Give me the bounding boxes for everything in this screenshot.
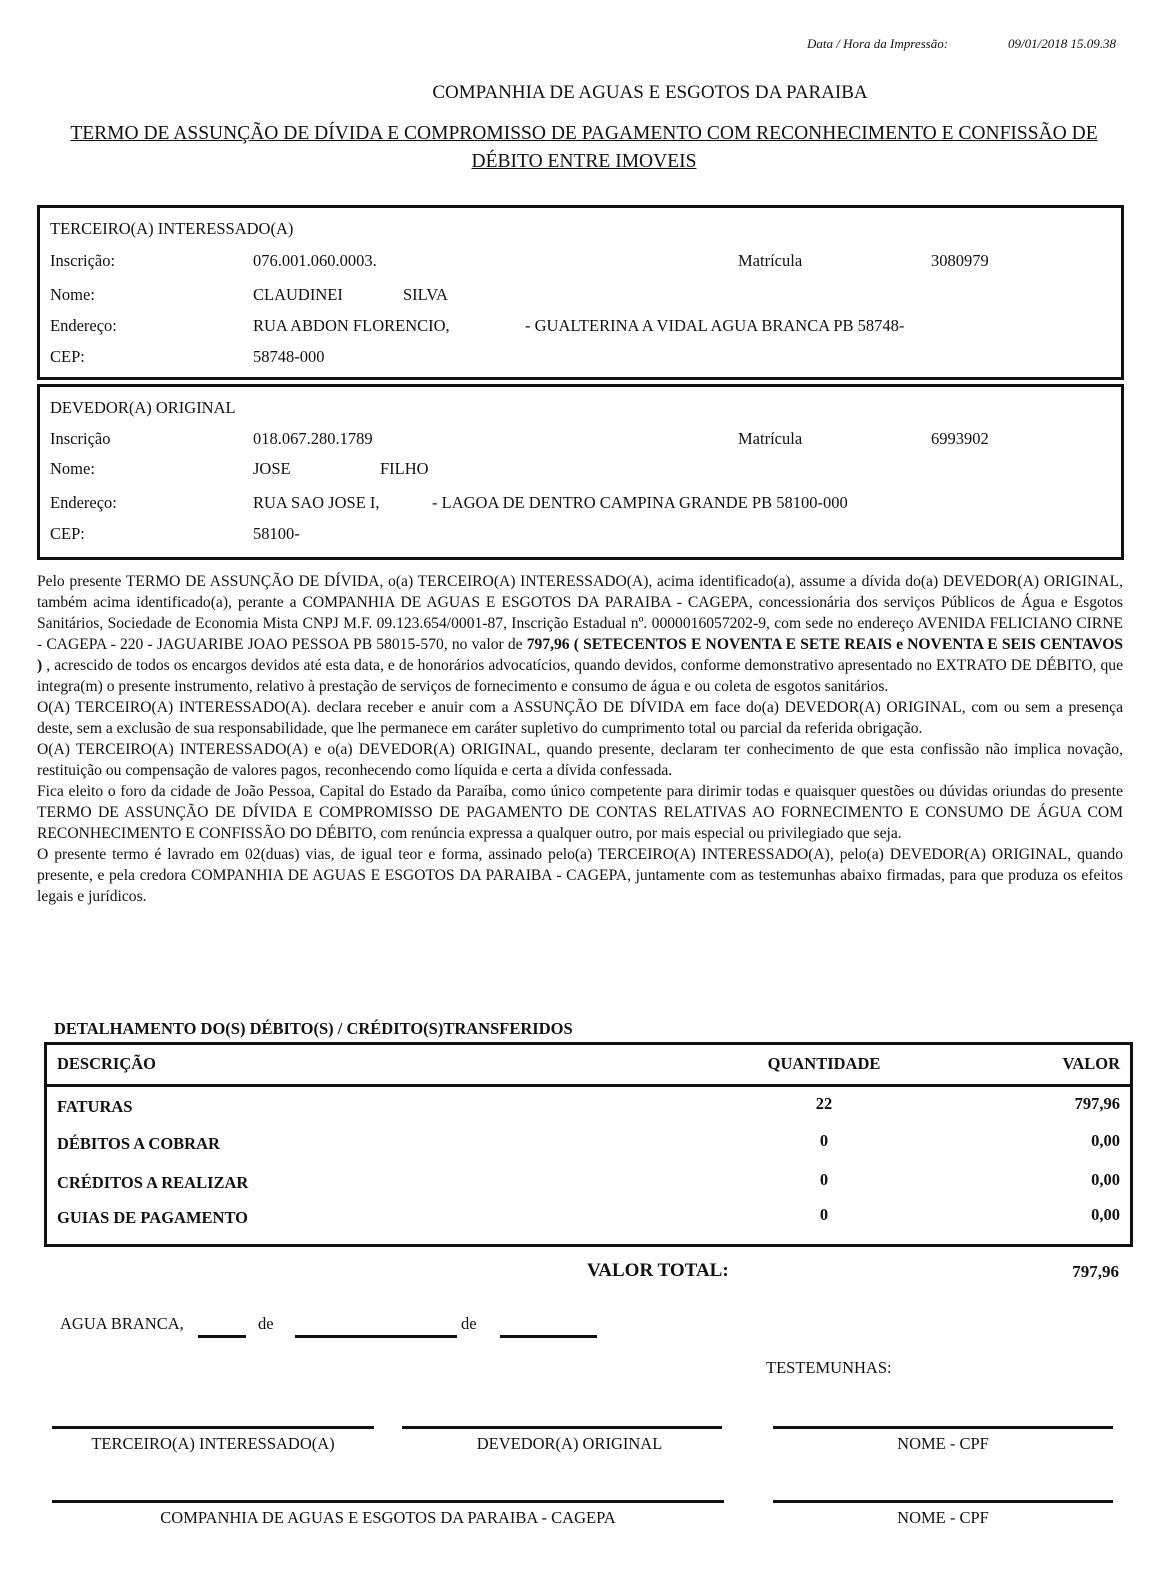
matricula-label: Matrícula [738,251,802,271]
devedor-inscricao-row: Inscrição 018.067.280.1789 Matrícula 699… [50,429,1110,451]
paragraph-2: O(A) TERCEIRO(A) INTERESSADO(A). declara… [37,697,1123,739]
de-1: de [258,1314,274,1334]
inscricao-label: Inscrição: [50,251,115,271]
total-value: 797,96 [1072,1262,1119,1282]
terceiro-inscricao-row: Inscrição: 076.001.060.0003. Matrícula 3… [50,251,1110,273]
nome-label: Nome: [50,285,95,305]
devedor-box: DEVEDOR(A) ORIGINAL Inscrição 018.067.28… [37,384,1124,560]
row-desc: CRÉDITOS A REALIZAR [57,1173,248,1193]
table-row: GUIAS DE PAGAMENTO 0 0,00 [47,1199,1130,1229]
de-2: de [461,1314,477,1334]
witness2-signature-label: NOME - CPF [773,1508,1113,1528]
row-val: 797,96 [1075,1094,1120,1114]
row-val: 0,00 [1091,1205,1120,1225]
nome-first: CLAUDINEI [253,285,343,305]
witnesses-label: TESTEMUNHAS: [766,1358,892,1378]
paragraph-1-end: , acrescido de todos os encargos devidos… [37,657,1123,695]
detail-table: DESCRIÇÃO QUANTIDADE VALOR FATURAS 22 79… [44,1042,1133,1247]
company-title: COMPANHIA DE AGUAS E ESGOTOS DA PARAIBA [0,82,1172,104]
cep-value: 58748-000 [253,347,325,367]
header-valor: VALOR [1063,1054,1120,1074]
company-signature-line[interactable] [52,1500,724,1503]
cep-label: CEP: [50,524,85,544]
endereco-label: Endereço: [50,493,117,513]
signature-place: AGUA BRANCA, [60,1314,184,1334]
agreement-text: Pelo presente TERMO DE ASSUNÇÃO DE DÍVID… [37,571,1123,907]
row-qty: 0 [759,1170,889,1190]
paragraph-1: Pelo presente TERMO DE ASSUNÇÃO DE DÍVID… [37,571,1123,697]
matricula-label: Matrícula [738,429,802,449]
cep-value: 58100- [253,524,300,544]
cep-label: CEP: [50,347,85,367]
paragraph-3: O(A) TERCEIRO(A) INTERESSADO(A) e o(a) D… [37,739,1123,781]
witness1-signature-line[interactable] [773,1426,1113,1429]
terceiro-cep-row: CEP: 58748-000 [50,347,1110,369]
table-row: DÉBITOS A COBRAR 0 0,00 [47,1125,1130,1155]
inscricao-value: 018.067.280.1789 [253,429,373,449]
row-qty: 0 [759,1131,889,1151]
row-qty: 22 [759,1094,889,1114]
terceiro-box: TERCEIRO(A) INTERESSADO(A) Inscrição: 07… [37,205,1124,380]
endereco-rest: - LAGOA DE DENTRO CAMPINA GRANDE PB 5810… [432,493,848,513]
year-blank[interactable] [500,1335,597,1338]
nome-label: Nome: [50,459,95,479]
endereco-street: RUA SAO JOSE I, [253,493,380,513]
matricula-value: 3080979 [931,251,989,271]
nome-first: JOSE [253,459,291,479]
document-title: TERMO DE ASSUNÇÃO DE DÍVIDA E COMPROMISS… [36,120,1132,176]
nome-last: FILHO [380,459,429,479]
company-signature-label: COMPANHIA DE AGUAS E ESGOTOS DA PARAIBA … [52,1508,724,1528]
witness1-signature-label: NOME - CPF [773,1434,1113,1454]
terceiro-endereco-row: Endereço: RUA ABDON FLORENCIO, - GUALTER… [50,316,1110,338]
inscricao-value: 076.001.060.0003. [253,251,377,271]
devedor-title: DEVEDOR(A) ORIGINAL [50,398,236,418]
devedor-cep-row: CEP: 58100- [50,524,1110,546]
terceiro-title: TERCEIRO(A) INTERESSADO(A) [50,219,293,239]
terceiro-signature-label: TERCEIRO(A) INTERESSADO(A) [52,1434,374,1454]
endereco-street: RUA ABDON FLORENCIO, [253,316,450,336]
matricula-value: 6993902 [931,429,989,449]
terceiro-nome-row: Nome: CLAUDINEI SILVA [50,285,1110,307]
table-row: FATURAS 22 797,96 [47,1088,1130,1118]
row-desc: FATURAS [57,1097,132,1117]
devedor-nome-row: Nome: JOSE FILHO [50,459,1110,481]
inscricao-label: Inscrição [50,429,110,449]
print-date-value: 09/01/2018 15.09.38 [1008,36,1116,52]
nome-last: SILVA [403,285,448,305]
endereco-label: Endereço: [50,316,117,336]
total-label: VALOR TOTAL: [587,1260,729,1282]
header-quantidade: QUANTIDADE [759,1054,889,1074]
devedor-signature-line[interactable] [402,1426,722,1429]
endereco-rest: - GUALTERINA A VIDAL AGUA BRANCA PB 5874… [525,316,904,336]
print-date-label: Data / Hora da Impressão: [807,36,948,52]
row-val: 0,00 [1091,1170,1120,1190]
devedor-endereco-row: Endereço: RUA SAO JOSE I, - LAGOA DE DEN… [50,493,1110,515]
witness2-signature-line[interactable] [773,1500,1113,1503]
month-blank[interactable] [295,1335,457,1338]
devedor-signature-label: DEVEDOR(A) ORIGINAL [402,1434,737,1454]
row-desc: DÉBITOS A COBRAR [57,1134,220,1154]
detail-title: DETALHAMENTO DO(S) DÉBITO(S) / CRÉDITO(S… [54,1019,573,1039]
day-blank[interactable] [198,1335,246,1338]
detail-table-header: DESCRIÇÃO QUANTIDADE VALOR [47,1045,1130,1087]
row-val: 0,00 [1091,1131,1120,1151]
paragraph-5: O presente termo é lavrado em 02(duas) v… [37,844,1123,907]
table-row: CRÉDITOS A REALIZAR 0 0,00 [47,1164,1130,1194]
row-desc: GUIAS DE PAGAMENTO [57,1208,248,1228]
row-qty: 0 [759,1205,889,1225]
paragraph-4: Fica eleito o foro da cidade de João Pes… [37,781,1123,844]
header-descricao: DESCRIÇÃO [57,1054,156,1074]
terceiro-signature-line[interactable] [52,1426,374,1429]
